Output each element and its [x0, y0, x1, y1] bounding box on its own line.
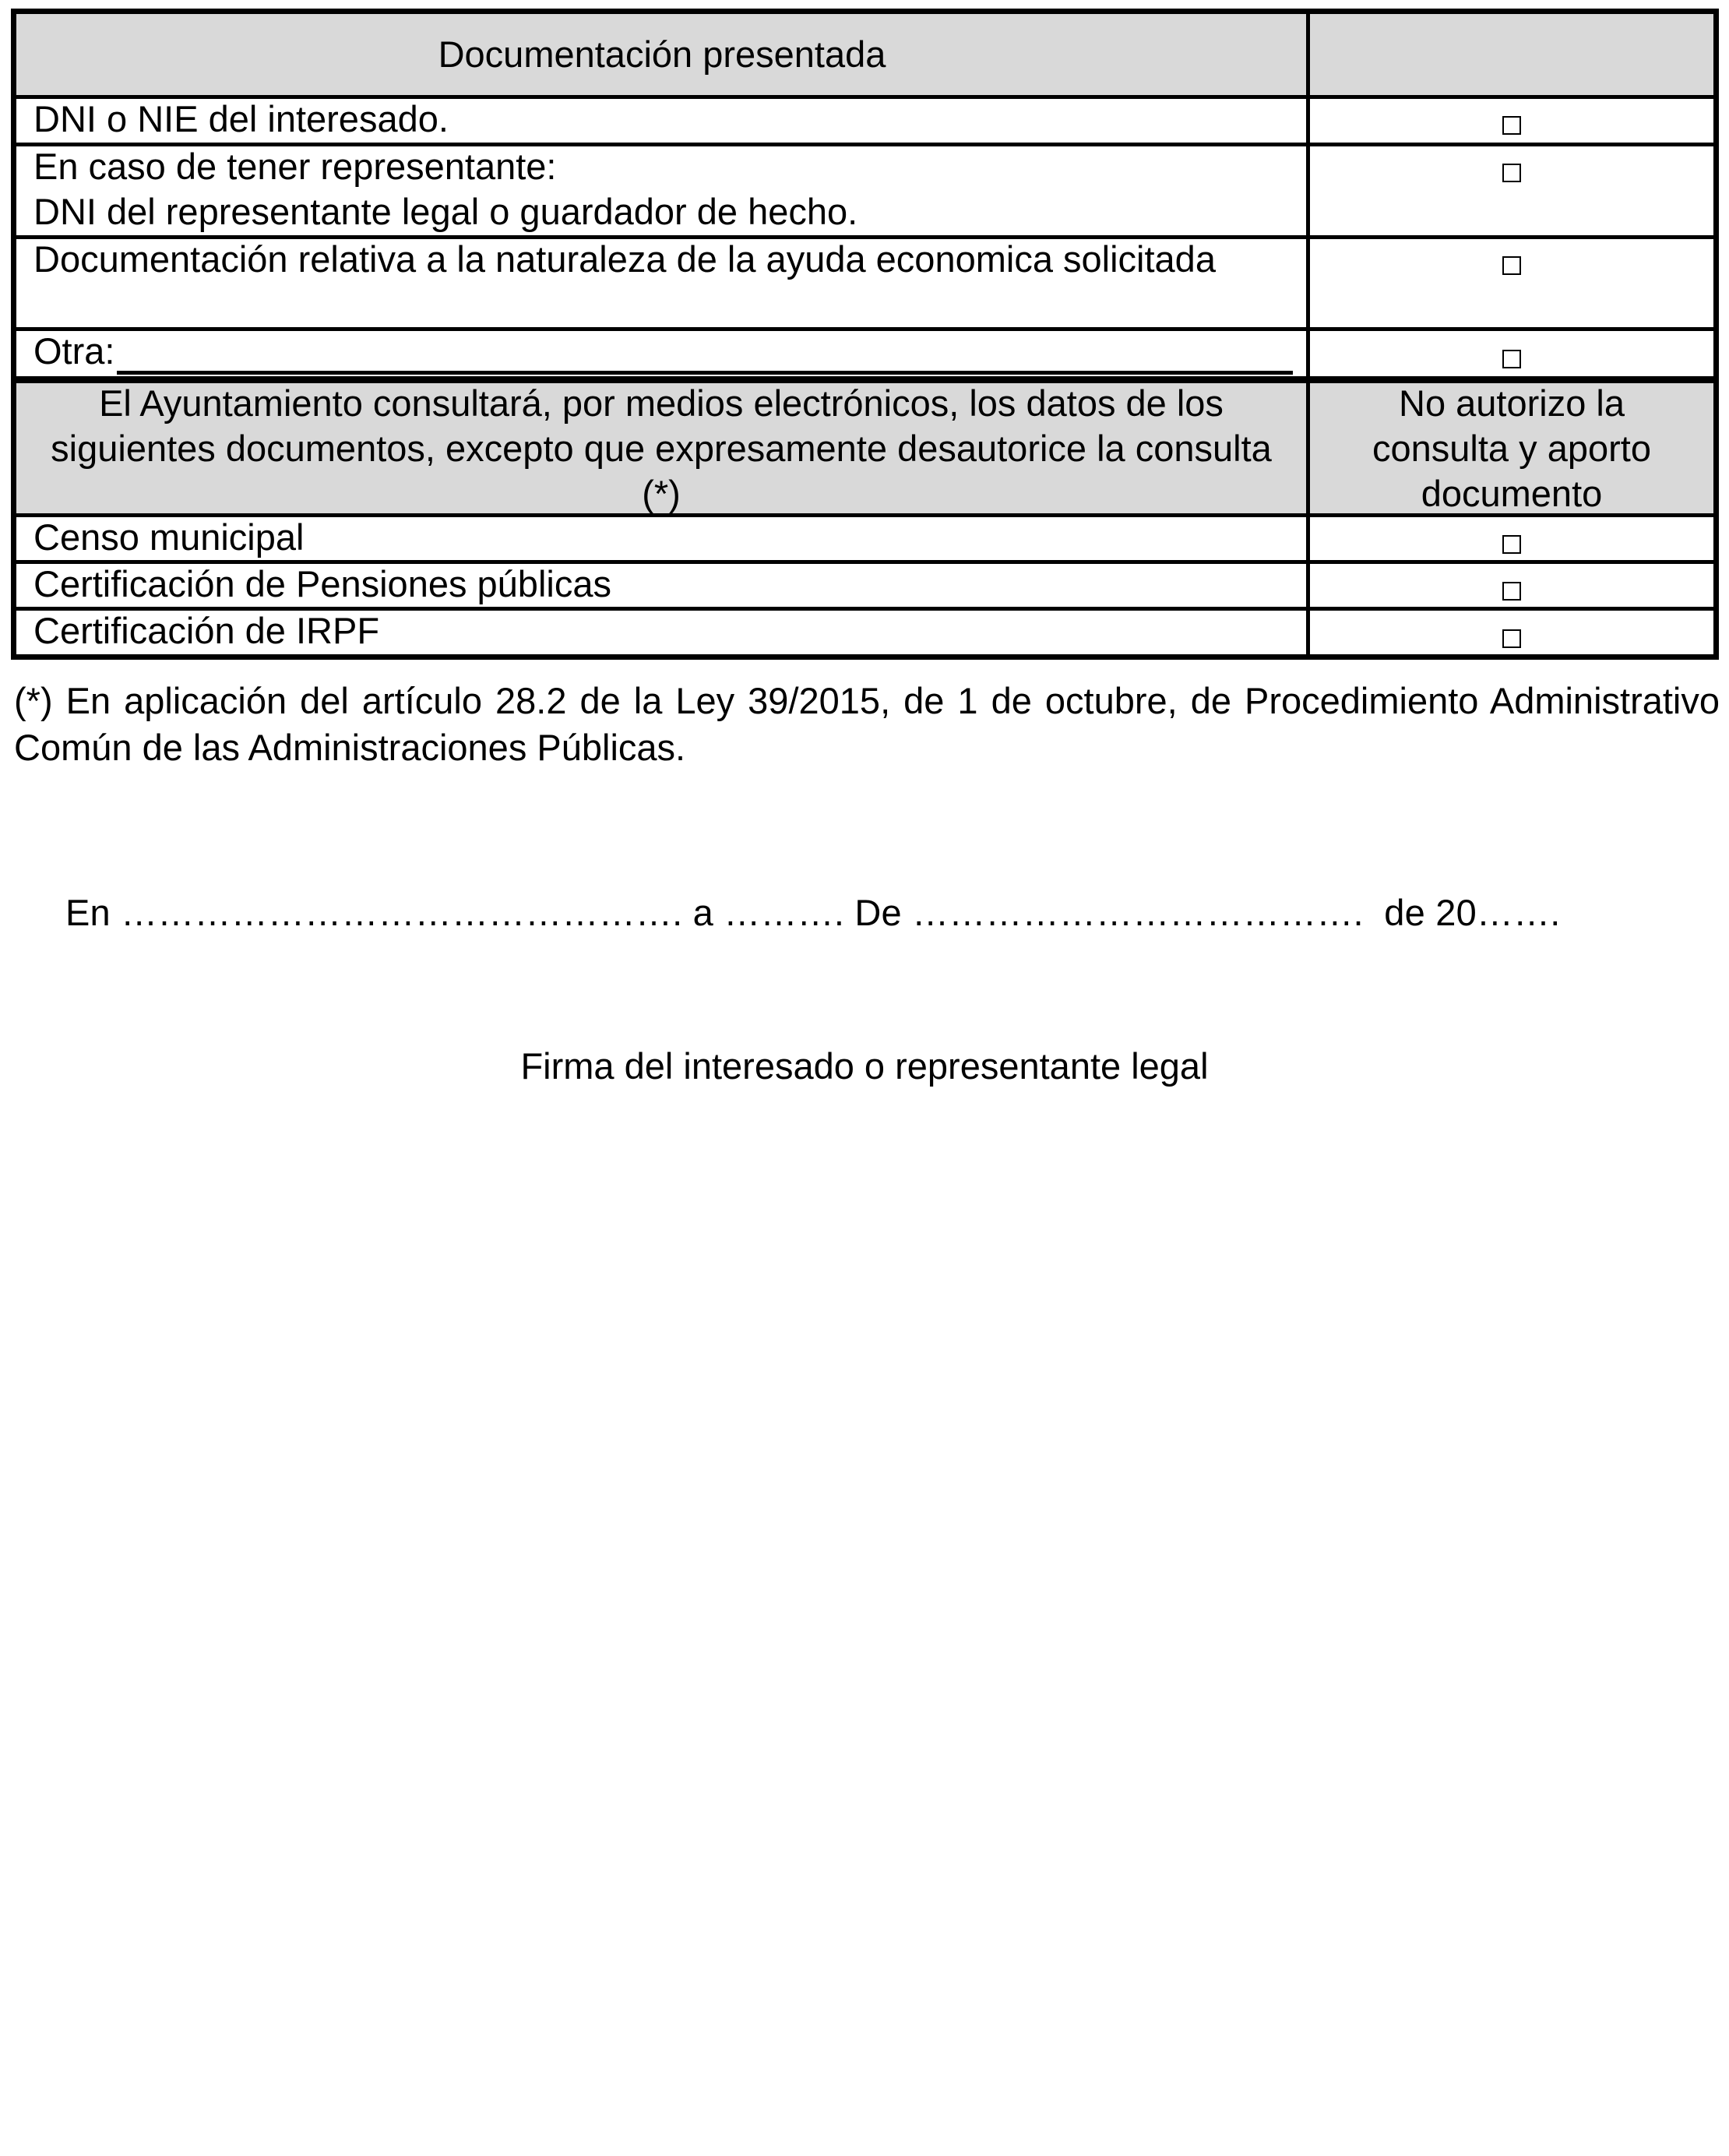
row-label: Otra:	[16, 331, 1306, 376]
row-label: En caso de tener representante: DNI del …	[16, 146, 1306, 235]
otra-fill-line[interactable]	[117, 371, 1293, 375]
section2-header-row: El Ayuntamiento consultará, por medios e…	[16, 383, 1713, 513]
table-row: Otra:	[16, 331, 1713, 376]
checkbox-cell	[1310, 517, 1713, 560]
row-label: Certificación de Pensiones públicas	[16, 564, 1306, 607]
checkbox-documentacion-ayuda[interactable]	[1502, 256, 1521, 275]
table-row: Certificación de Pensiones públicas	[16, 564, 1713, 607]
row-label: Documentación relativa a la naturaleza d…	[16, 239, 1306, 327]
checkbox-cell	[1310, 611, 1713, 654]
checkbox-irpf[interactable]	[1502, 629, 1521, 648]
checkbox-dni-interesado[interactable]	[1502, 116, 1521, 135]
row-label: DNI o NIE del interesado.	[16, 99, 1306, 143]
row-label: Censo municipal	[16, 517, 1306, 560]
table-row: En caso de tener representante: DNI del …	[16, 146, 1713, 235]
section2-header-text: El Ayuntamiento consultará, por medios e…	[16, 383, 1306, 513]
checkbox-cell	[1310, 99, 1713, 143]
checkbox-cell	[1310, 146, 1713, 235]
signature-label: Firma del interesado o representante leg…	[0, 1044, 1729, 1089]
date-place-line[interactable]: En ………………………………………. a ………. De ……………………………	[65, 890, 1673, 935]
checkbox-otra[interactable]	[1502, 350, 1521, 368]
checkbox-censo-municipal[interactable]	[1502, 535, 1521, 554]
section1-header-title: Documentación presentada	[16, 14, 1306, 95]
table-row: Censo municipal	[16, 517, 1713, 560]
table-row: Documentación relativa a la naturaleza d…	[16, 239, 1713, 327]
footnote: (*) En aplicación del artículo 28.2 de l…	[14, 678, 1720, 771]
checkbox-cell	[1310, 239, 1713, 327]
checkbox-cell	[1310, 564, 1713, 607]
section1-header-right	[1310, 14, 1713, 95]
checkbox-dni-representante[interactable]	[1502, 164, 1521, 182]
documentation-table: Documentación presentada DNI o NIE del i…	[11, 9, 1719, 660]
section2-header-right: No autorizo la consulta y aporto documen…	[1310, 383, 1713, 513]
row-label: Certificación de IRPF	[16, 611, 1306, 654]
table-row: Certificación de IRPF	[16, 611, 1713, 654]
section1-header-row: Documentación presentada	[16, 14, 1713, 95]
checkbox-cell	[1310, 331, 1713, 376]
column-divider	[1306, 14, 1310, 654]
checkbox-pensiones-publicas[interactable]	[1502, 582, 1521, 601]
table-row: DNI o NIE del interesado.	[16, 99, 1713, 143]
